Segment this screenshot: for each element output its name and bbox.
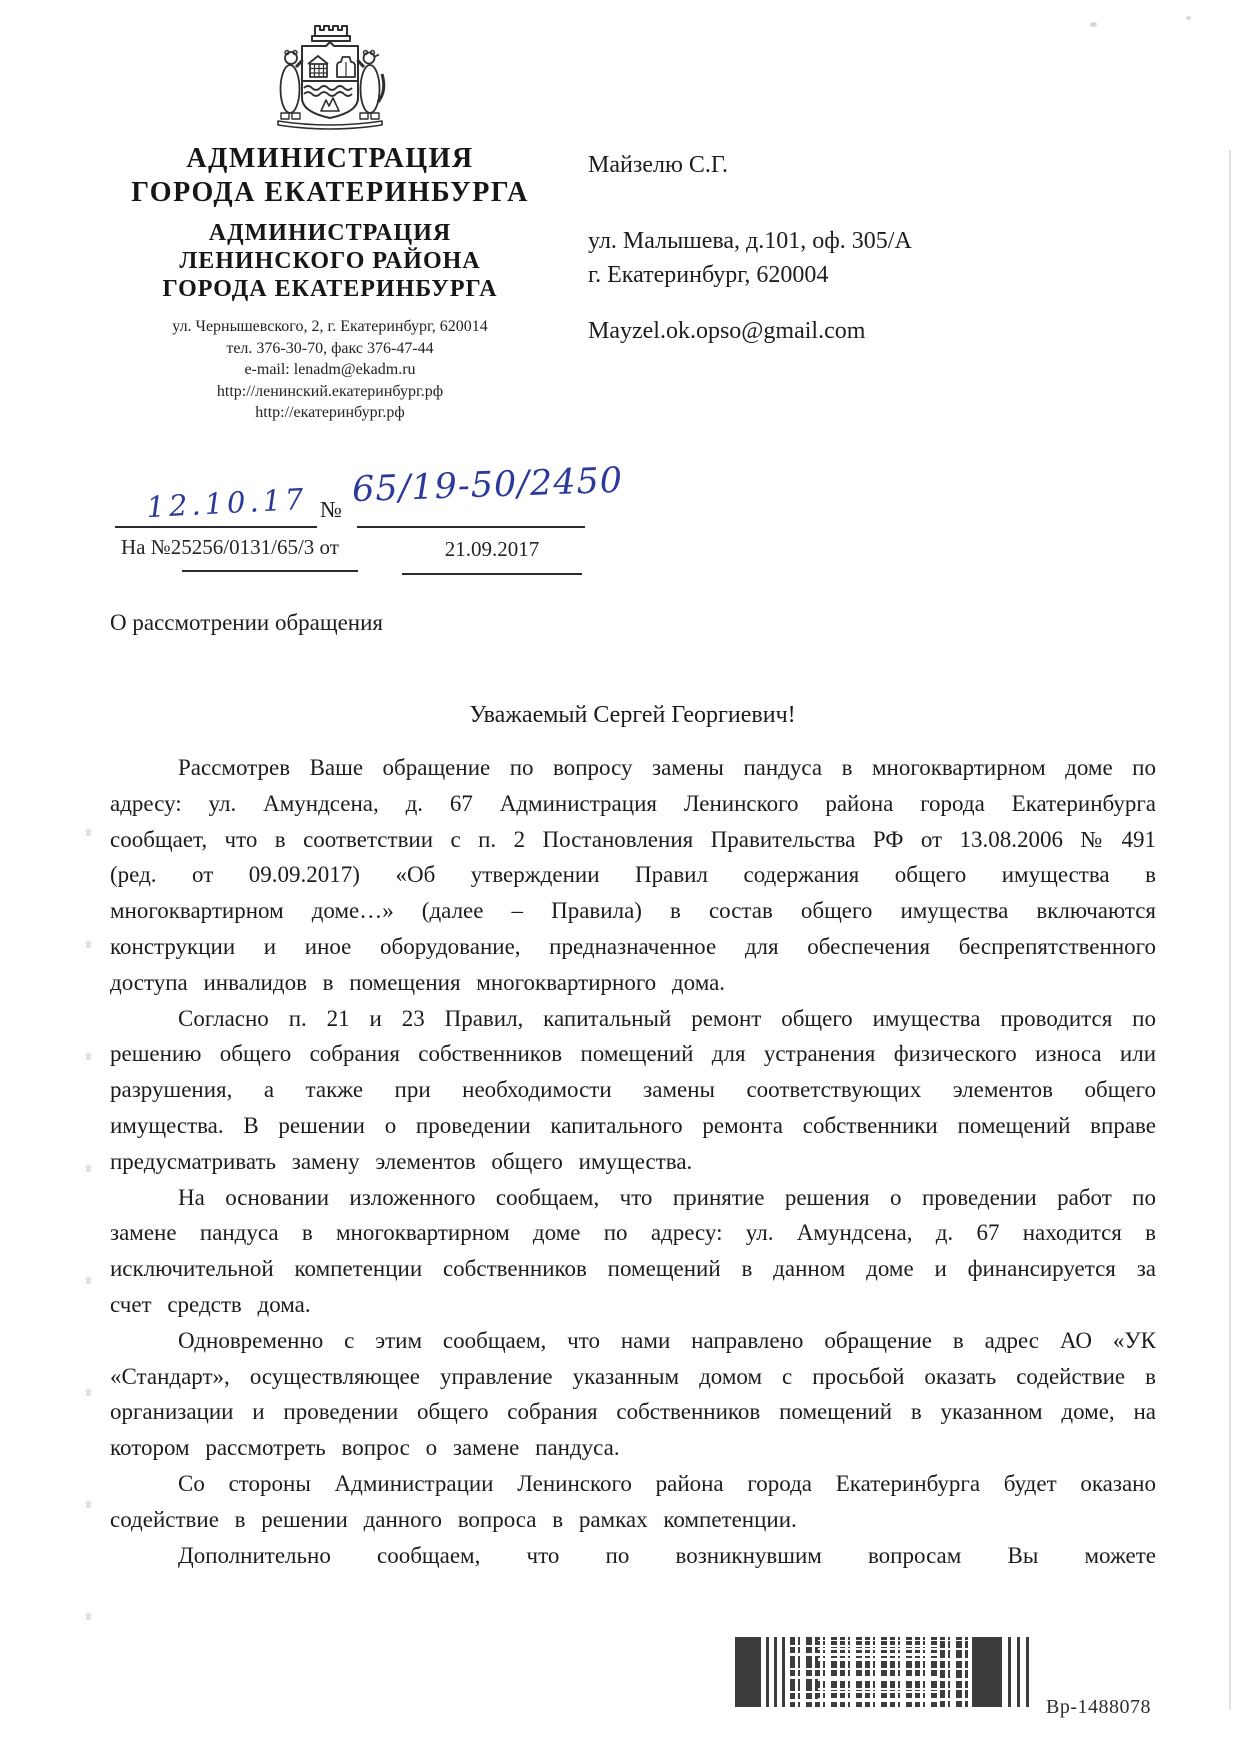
org-district-line2: ЛЕНИНСКОГО РАЙОНА <box>100 247 560 275</box>
org-district-line1: АДМИНИСТРАЦИЯ <box>100 219 560 247</box>
org-city-line2: ГОРОДА ЕКАТЕРИНБУРГА <box>100 176 560 210</box>
reply-date-underline <box>402 573 582 575</box>
number-underline <box>357 526 585 528</box>
letterhead-site-city: http://екатеринбург.рф <box>100 402 560 424</box>
recipient-name: Майзелю С.Г. <box>588 152 728 179</box>
org-name-district: АДМИНИСТРАЦИЯ ЛЕНИНСКОГО РАЙОНА ГОРОДА Е… <box>100 219 560 303</box>
letterhead-phone-fax: тел. 376-30-70, факс 376-47-44 <box>100 338 560 360</box>
handwritten-outgoing-number: 65/19-50/2450 <box>351 462 592 510</box>
org-city-line1: АДМИНИСТРАЦИЯ <box>100 142 560 176</box>
body-paragraph-5: Со стороны Администрации Ленинского райо… <box>110 1466 1156 1538</box>
letterhead-site-district: http://ленинский.екатеринбург.рф <box>100 381 560 403</box>
recipient-address-2: г. Екатеринбург, 620004 <box>588 262 828 289</box>
date-underline <box>115 526 317 528</box>
letterhead-email: e-mail: lenadm@ekadm.ru <box>100 359 560 381</box>
letter-body: Рассмотрев Ваше обращение по вопросу зам… <box>110 750 1156 1573</box>
recipient-email: Mayzel.ok.opso@gmail.com <box>588 318 865 345</box>
org-name-city: АДМИНИСТРАЦИЯ ГОРОДА ЕКАТЕРИНБУРГА <box>100 142 560 210</box>
org-district-line3: ГОРОДА ЕКАТЕРИНБУРГА <box>100 275 560 303</box>
barcode-label: Вр-1488078 <box>1046 1696 1151 1719</box>
subject-line: О рассмотрении обращения <box>110 610 383 636</box>
scan-edge-line <box>1229 150 1231 1710</box>
scanned-letter-page: АДМИНИСТРАЦИЯ ГОРОДА ЕКАТЕРИНБУРГА АДМИН… <box>0 0 1234 1758</box>
scan-smudge <box>86 760 91 1620</box>
reply-reference-label: На №25256/0131/65/3 от <box>121 535 339 560</box>
barcode <box>735 1637 1037 1707</box>
body-paragraph-2: Согласно п. 21 и 23 Правил, капитальный … <box>110 1001 1156 1180</box>
letterhead-contacts: ул. Чернышевского, 2, г. Екатеринбург, 6… <box>100 316 560 424</box>
letterhead-address: ул. Чернышевского, 2, г. Екатеринбург, 6… <box>100 316 560 338</box>
reply-reference-date: 21.09.2017 <box>402 537 582 562</box>
reply-number-underline <box>182 570 358 572</box>
salutation: Уважаемый Сергей Георгиевич! <box>110 702 1155 729</box>
recipient-address-1: ул. Малышева, д.101, оф. 305/А <box>588 228 912 255</box>
letterhead: АДМИНИСТРАЦИЯ ГОРОДА ЕКАТЕРИНБУРГА АДМИН… <box>100 20 560 424</box>
scan-speck <box>1090 22 1097 27</box>
body-paragraph-6: Дополнительно сообщаем, что по возникнув… <box>110 1538 1156 1574</box>
body-paragraph-4: Одновременно с этим сообщаем, что нами н… <box>110 1323 1156 1466</box>
coat-of-arms-icon <box>270 20 390 134</box>
handwritten-date: 12.10.17 <box>141 482 313 525</box>
number-sign: № <box>320 497 342 523</box>
body-paragraph-3: На основании изложенного сообщаем, что п… <box>110 1180 1156 1323</box>
body-paragraph-1: Рассмотрев Ваше обращение по вопросу зам… <box>110 750 1156 1001</box>
scan-speck <box>1186 16 1191 20</box>
